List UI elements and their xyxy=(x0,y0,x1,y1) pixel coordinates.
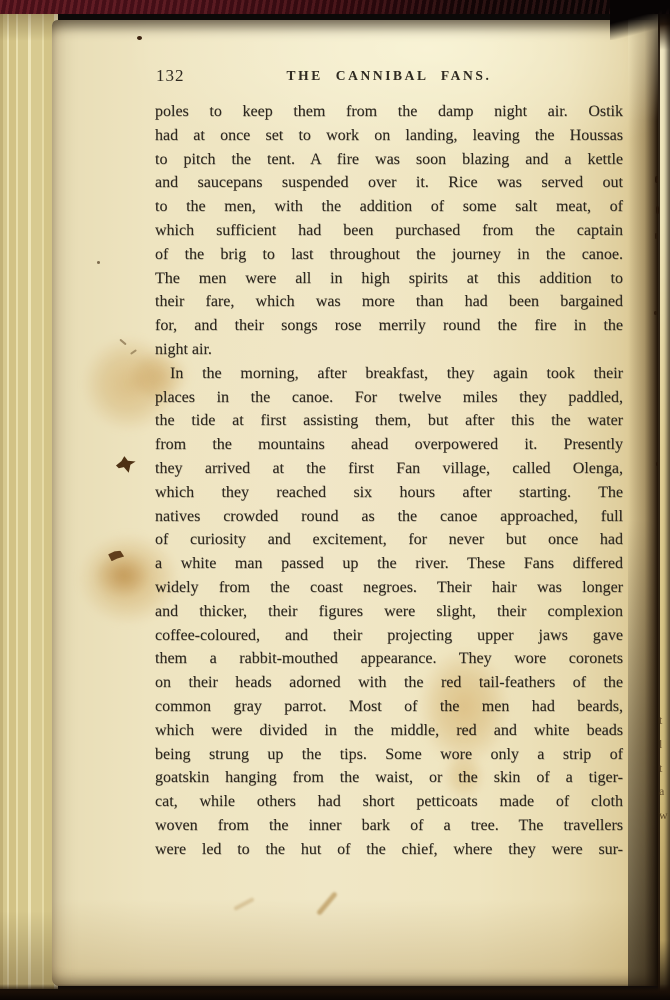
text-line: common gray parrot. Most of the men had … xyxy=(155,695,623,719)
paragraph: poles to keep them from the damp night a… xyxy=(155,100,623,362)
text-line: them a rabbit-mouthed appearance. They w… xyxy=(155,647,623,671)
text-line: a white man passed up the river. These F… xyxy=(155,552,623,576)
text-line: and saucepans suspended over it. Rice wa… xyxy=(155,171,623,195)
text-line: of curiosity and excitement, for never b… xyxy=(155,528,623,552)
text-line: woven from the inner bark of a tree. The… xyxy=(155,814,623,838)
running-title: THE CANNIBAL FANS. xyxy=(155,68,623,84)
book-scan-page: 132 THE CANNIBAL FANS. poles to keep the… xyxy=(0,0,670,1000)
text-line: natives crowded round as the canoe appro… xyxy=(155,505,623,529)
text-line: and thicker, their figures were slight, … xyxy=(155,600,623,624)
text-line: night air. xyxy=(155,338,623,362)
text-line: which they reached six hours after start… xyxy=(155,481,623,505)
text-line: which sufficient had been purchased from… xyxy=(155,219,623,243)
text-line: had at once set to work on landing, leav… xyxy=(155,124,623,148)
paragraph: In the morning, after breakfast, they ag… xyxy=(155,362,623,862)
text-line: to the men, with the addition of some sa… xyxy=(155,195,623,219)
text-block: poles to keep them from the damp night a… xyxy=(155,100,623,862)
book-gutter-tone xyxy=(628,14,658,986)
text-line: for, and their songs rose merrily round … xyxy=(155,314,623,338)
text-line: they arrived at the first Fan village, c… xyxy=(155,457,623,481)
top-right-shadow xyxy=(610,0,670,40)
text-line: The men were all in high spirits at this… xyxy=(155,267,623,291)
text-line: the tide at first assisting them, but af… xyxy=(155,409,623,433)
text-line: In the morning, after breakfast, they ag… xyxy=(155,362,623,386)
page-header: 132 THE CANNIBAL FANS. xyxy=(155,66,623,90)
book-cover-edge-top xyxy=(0,0,670,14)
text-line: were led to the hut of the chief, where … xyxy=(155,838,623,862)
text-line: goatskin hanging from the waist, or the … xyxy=(155,766,623,790)
text-line: widely from the coast negroes. Their hai… xyxy=(155,576,623,600)
page-stack-edge-left xyxy=(0,13,58,989)
text-line: their fare, which was more than had been… xyxy=(155,290,623,314)
facing-page-sliver xyxy=(658,0,670,1000)
text-line: poles to keep them from the damp night a… xyxy=(155,100,623,124)
text-line: to pitch the tent. A fire was soon blazi… xyxy=(155,148,623,172)
text-line: places in the canoe. For twelve miles th… xyxy=(155,386,623,410)
text-line: coffee-coloured, and their projecting up… xyxy=(155,624,623,648)
text-line: on their heads adorned with the red tail… xyxy=(155,671,623,695)
book-cover-edge-bottom xyxy=(0,984,670,1000)
text-line: from the mountains ahead overpowered it.… xyxy=(155,433,623,457)
text-line: which were divided in the middle, red an… xyxy=(155,719,623,743)
text-line: being strung up the tips. Some wore only… xyxy=(155,743,623,767)
text-line: of the brig to last throughout the journ… xyxy=(155,243,623,267)
text-line: cat, while others had short petticoats m… xyxy=(155,790,623,814)
